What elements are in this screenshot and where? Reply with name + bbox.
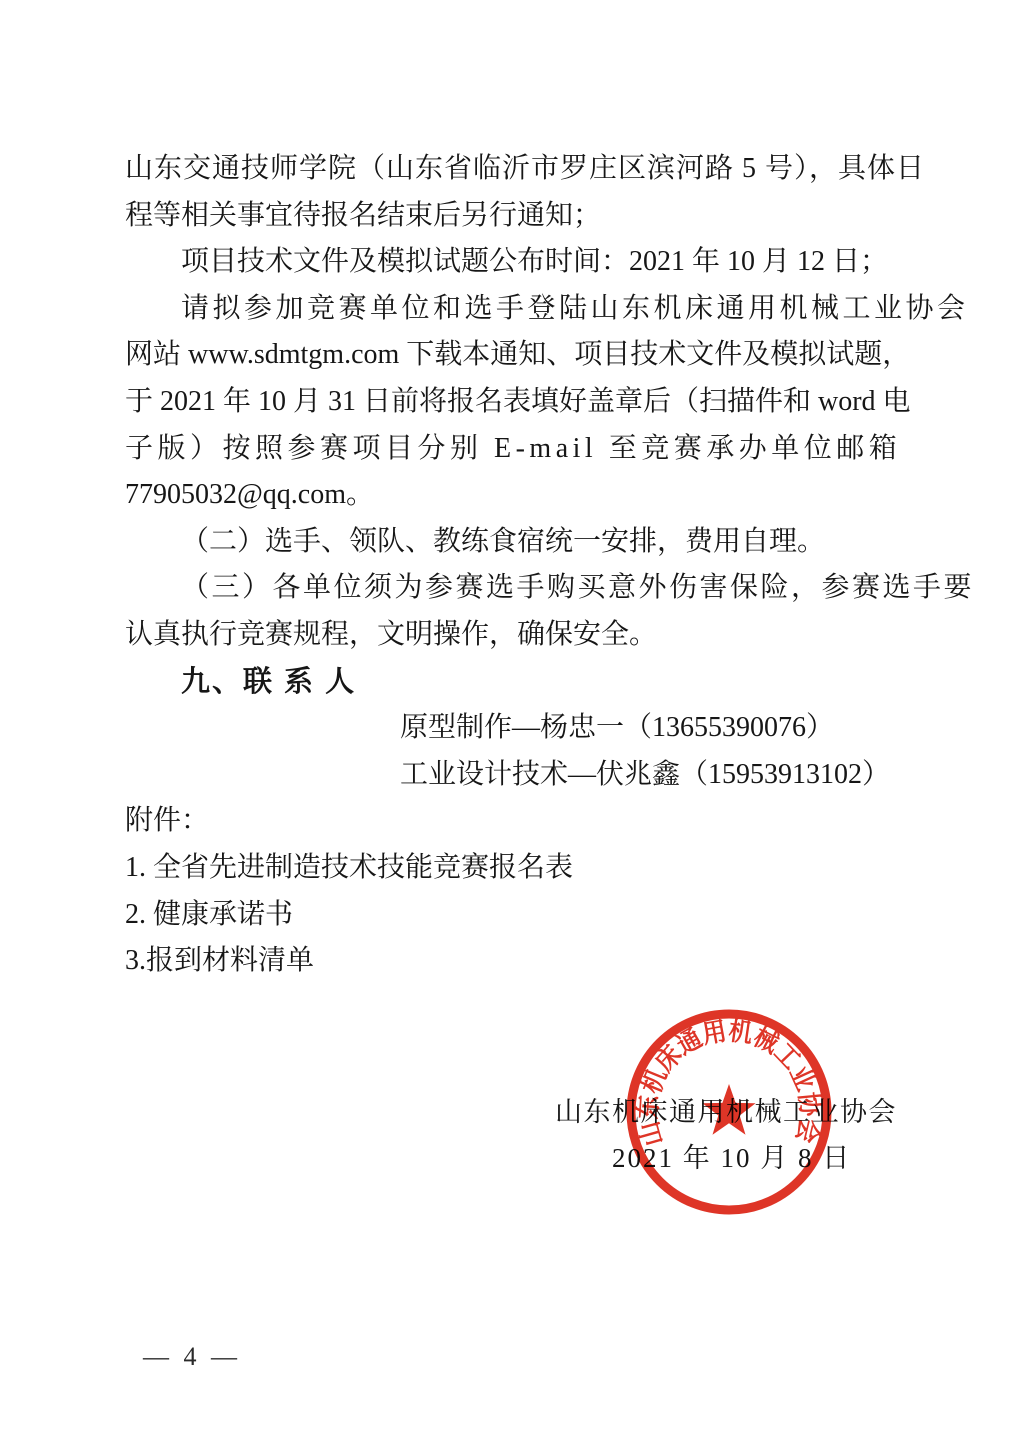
body-line: （二）选手、领队、教练食宿统一安排，费用自理。 bbox=[125, 519, 905, 566]
star-icon bbox=[702, 1084, 755, 1135]
official-seal: 山东机床通用机械工业协会 bbox=[626, 1009, 832, 1215]
attachments-heading: 附件： bbox=[125, 798, 905, 845]
body-line: 请拟参加竞赛单位和选手登陆山东机床通用机械工业协会 bbox=[125, 286, 905, 333]
attachment-item: 1. 全省先进制造技术技能竞赛报名表 bbox=[125, 845, 905, 892]
body-line: 网站 www.sdmtgm.com 下载本通知、项目技术文件及模拟试题， bbox=[125, 332, 905, 379]
body-line: 于 2021 年 10 月 31 日前将报名表填好盖章后（扫描件和 word 电 bbox=[125, 379, 905, 426]
body-line: 程等相关事宜待报名结束后另行通知； bbox=[125, 193, 905, 240]
body-line: 认真执行竞赛规程，文明操作，确保安全。 bbox=[125, 612, 905, 659]
body-line: （三）各单位须为参赛选手购买意外伤害保险，参赛选手要 bbox=[125, 565, 905, 612]
document-body: 山东交通技师学院（山东省临沂市罗庄区滨河路 5 号），具体日 程等相关事宜待报名… bbox=[125, 146, 905, 985]
body-line: 项目技术文件及模拟试题公布时间：2021 年 10 月 12 日； bbox=[125, 239, 905, 286]
body-line: 子版）按照参赛项目分别 E-mail 至竞赛承办单位邮箱 bbox=[125, 426, 905, 473]
body-line-email: 77905032@qq.com。 bbox=[125, 472, 905, 519]
attachment-item: 3.报到材料清单 bbox=[125, 938, 905, 985]
attachment-item: 2. 健康承诺书 bbox=[125, 892, 905, 939]
contact-line-design: 工业设计技术—伏兆鑫（15953913102） bbox=[125, 752, 905, 799]
body-line: 山东交通技师学院（山东省临沂市罗庄区滨河路 5 号），具体日 bbox=[125, 146, 905, 193]
contact-line-prototype: 原型制作—杨忠一（13655390076） bbox=[125, 705, 905, 752]
section-heading-contacts: 九、联 系 人 bbox=[125, 659, 905, 706]
page-number: — 4 — bbox=[143, 1342, 241, 1372]
document-page: 山东交通技师学院（山东省临沂市罗庄区滨河路 5 号），具体日 程等相关事宜待报名… bbox=[0, 0, 1024, 1449]
